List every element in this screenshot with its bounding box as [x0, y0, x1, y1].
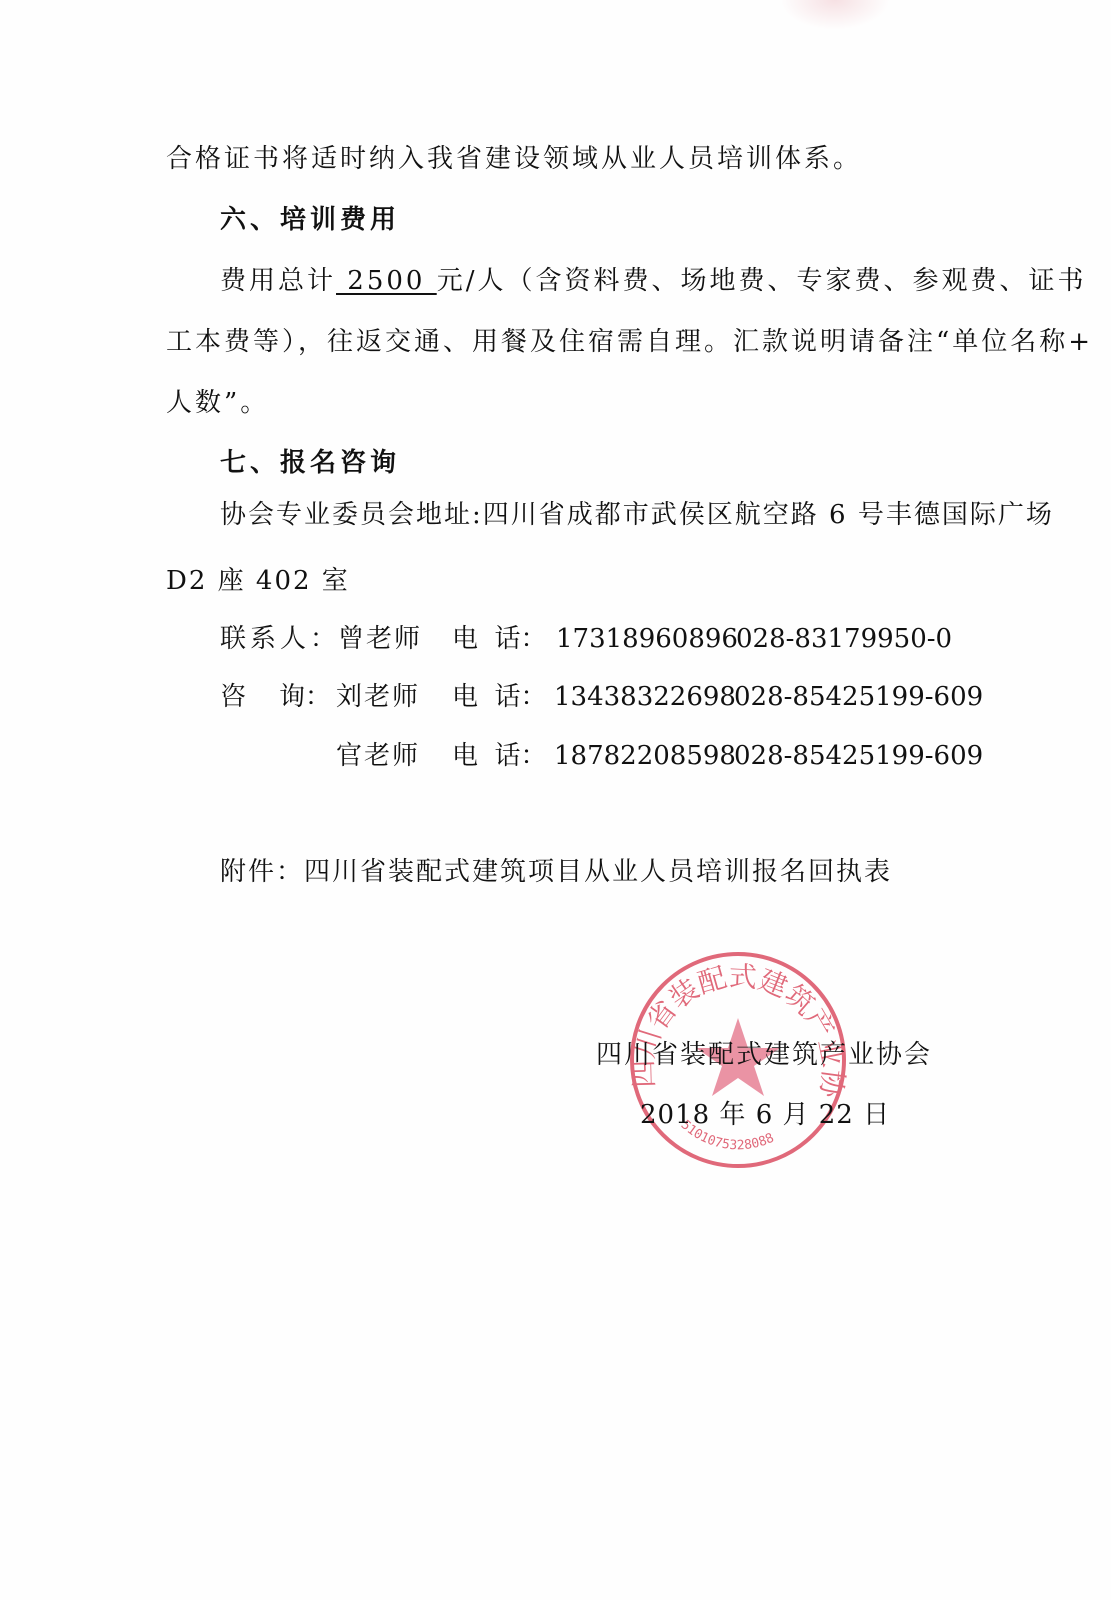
address-line-1: 协会专业委员会地址:四川省成都市武侯区航空路 6 号丰德国际广场: [220, 498, 1054, 532]
signature-organization: 四川省装配式建筑产业协会: [596, 1034, 932, 1071]
fee-label: 费用总计: [220, 266, 336, 296]
phone-label: 电 话：: [452, 680, 547, 714]
phone-label: 电 话：: [452, 622, 547, 656]
contact-landline: 028-83179950-0: [736, 622, 952, 656]
contact-mobile: 17318960896: [556, 622, 738, 656]
contact-name: 曾老师: [338, 622, 422, 656]
signature-date: 2018 年 6 月 22 日: [640, 1094, 890, 1131]
fee-amount: 2500: [336, 266, 437, 296]
contact-role: 咨 询：: [220, 680, 331, 714]
contact-mobile: 18782208598: [554, 739, 736, 773]
contact-role: 联系人：: [220, 622, 340, 656]
contact-row: 咨 询： 刘老师 电 话： 13438322698 028-85425199-6…: [220, 680, 980, 714]
section-7-heading: 七、报名咨询: [220, 446, 400, 480]
scan-smudge: [780, 0, 890, 30]
contact-row: 联系人： 曾老师 电 话： 17318960896 028-83179950-0: [220, 622, 980, 656]
section-6-heading: 六、培训费用: [220, 203, 400, 237]
contact-landline: 028-85425199-609: [734, 680, 983, 714]
fee-detail: 元/人（含资料费、场地费、专家费、参观费、证书: [437, 266, 1087, 296]
attachment-note: 附件：四川省装配式建筑项目从业人员培训报名回执表: [220, 855, 892, 889]
contact-landline: 028-85425199-609: [734, 739, 983, 773]
contact-name: 刘老师: [336, 680, 420, 714]
fee-line-3: 人数”。: [166, 386, 269, 420]
fee-line-1: 费用总计 2500 元/人（含资料费、场地费、专家费、参观费、证书: [220, 264, 1086, 298]
contact-mobile: 13438322698: [554, 680, 736, 714]
phone-label: 电 话：: [452, 739, 547, 773]
paragraph-certificate: 合格证书将适时纳入我省建设领域从业人员培训体系。: [166, 142, 862, 176]
fee-line-2: 工本费等），往返交通、用餐及住宿需自理。汇款说明请备注“单位名称+: [166, 325, 1093, 359]
contact-name: 官老师: [336, 739, 420, 773]
address-line-2: D2 座 402 室: [166, 564, 350, 598]
contact-row: 官老师 电 话： 18782208598 028-85425199-609: [220, 739, 980, 773]
